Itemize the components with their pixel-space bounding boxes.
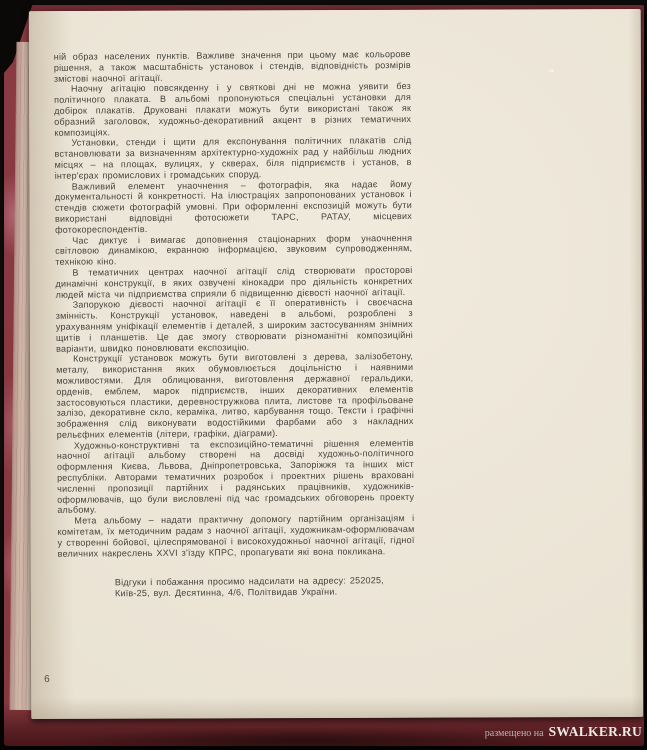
watermark: размещено наSWALKER.RU [485,723,642,741]
address-line: Київ-25, вул. Десятинна, 4/6, Політвидав… [115,586,415,599]
watermark-prefix: размещено на [485,728,544,739]
body-paragraph: В тематичних центрах наочної агітації сл… [55,265,412,300]
body-paragraph: Час диктує і вимагає доповнення стаціона… [55,233,412,268]
watermark-brand: SWALKER.RU [549,724,642,739]
body-paragraph: ній образ населених пунктів. Важливе зна… [54,49,411,84]
address-block: Відгуки і побажання просимо надсилати на… [115,575,415,599]
book-photo: ній образ населених пунктів. Важливе зна… [0,0,647,750]
body-paragraph: Запорукою дієвості наочної агітації є її… [56,297,413,354]
text-column: ній образ населених пунктів. Важливе зна… [54,49,415,600]
body-paragraph: Конструкції установок можуть бути вигото… [56,351,414,440]
page-number: 6 [44,674,50,685]
book-page: ній образ населених пунктів. Важливе зна… [29,9,643,719]
body-paragraph: Мета альбому – надати практичну допомогу… [57,513,414,559]
body-paragraph: Наочну агітацію повсякденну і у святкові… [54,81,411,138]
body-paragraph: Важливий елемент унаочнення – фотографія… [55,179,412,236]
dust-speck [549,69,554,72]
body-paragraph: Художньо-конструктивні та експозиційно-т… [57,438,415,516]
body-paragraph: Установки, стенди і щити для експонуванн… [54,135,411,181]
